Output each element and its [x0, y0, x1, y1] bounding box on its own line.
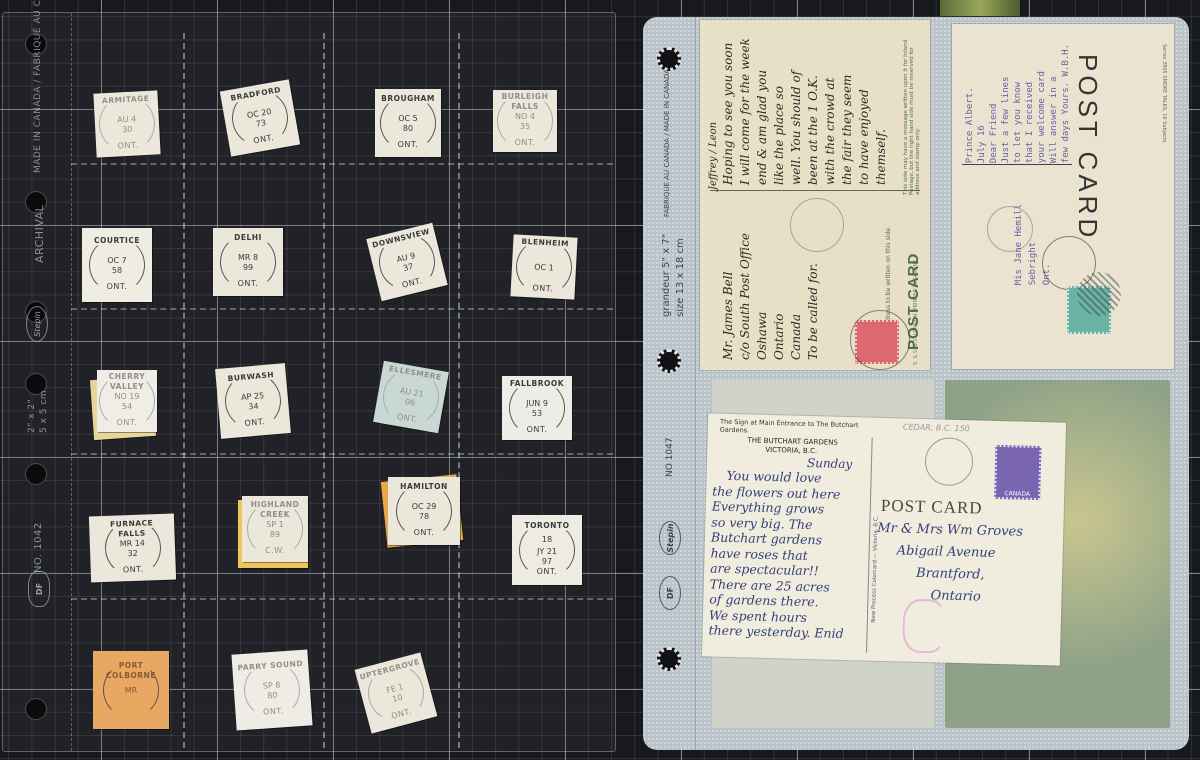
- pencil-note: CEDAR, B.C. 150: [903, 422, 970, 433]
- inland-postage-notice: This side may have a message written upo…: [903, 35, 921, 195]
- postmark-cutout[interactable]: ARMITAGEAU 430ONT.: [93, 90, 160, 157]
- pink-mark: [902, 599, 947, 654]
- size-metric-marking: 5 x 5 cm: [39, 390, 49, 433]
- postmark-cutout[interactable]: DELHIMR 899ONT.: [213, 228, 283, 296]
- stepin-logo: Stepin: [659, 521, 681, 555]
- pocket-seam: [71, 163, 613, 165]
- postmark-cutout[interactable]: BURWASHAP 2534ONT.: [215, 363, 291, 439]
- partial-photo-edge: [940, 0, 1020, 16]
- series-line: Series 3905 SMOKE TALKS, 16 Subjects: [1161, 44, 1167, 142]
- postmark-cutout[interactable]: PARRY SOUNDSP 880ONT.: [231, 649, 312, 730]
- postcard-glasgow-oshawa[interactable]: S. & S. B.S. LONDON. PRINTED IN SAXONY T…: [700, 20, 930, 370]
- grandeur-marking: grandeur 5" x 7": [661, 234, 672, 317]
- message-text: You would love the flowers out here Ever…: [708, 467, 847, 641]
- duplex-cancel: [1077, 272, 1121, 316]
- typed-message: Prince Albert. July 16 Dear Friend Just …: [964, 44, 1072, 163]
- df-logo: DF: [659, 576, 681, 610]
- binder-strip: FABRIQUÉ AU CANADA / MADE IN CANADA gran…: [643, 17, 696, 750]
- pocket-seam: [183, 33, 185, 748]
- postcard-butchart-gardens[interactable]: The Sign at Main Entrance to The Butchar…: [702, 413, 1066, 665]
- postmark-cutout[interactable]: HIGHLAND CREEKSP 189C.W.: [242, 496, 308, 562]
- postmark-cutout[interactable]: ELLESMEREAU 2106ONT.: [373, 361, 449, 434]
- postmark-cutout[interactable]: HAMILTONOC 2978ONT.: [388, 477, 460, 545]
- postmark-cutout[interactable]: BLENHEIMOC 1ONT.: [510, 234, 577, 299]
- postmark-cutout[interactable]: BROUGHAMOC 580ONT.: [375, 89, 441, 157]
- pocket-seam: [71, 598, 613, 600]
- place: VICTORIA, B.C.: [765, 446, 817, 455]
- binder-strip: MADE IN CANADA / FABRIQUÉ AU CANADA ARCH…: [3, 13, 72, 751]
- day-line: Sunday: [807, 456, 853, 471]
- binder-hole: [25, 698, 47, 720]
- queen-elizabeth-stamp: CANADA: [994, 445, 1041, 500]
- post-card-heading: POST CARD: [881, 496, 983, 519]
- pocket-seam: [71, 453, 613, 455]
- postmark-cedar: [924, 437, 973, 486]
- postmark-cutout[interactable]: FURNACE FALLSMR 1432ONT.: [89, 514, 176, 583]
- binder-hole: [657, 47, 681, 71]
- made-in-marking: FABRIQUÉ AU CANADA / MADE IN CANADA: [663, 69, 671, 217]
- address-text: Mr. James Bell c/o South Post Office Osh…: [720, 233, 822, 360]
- divider-line: [710, 190, 920, 191]
- postmark-cutout[interactable]: FALLBROOKJUN 953ONT.: [502, 376, 572, 440]
- postmark-cutout[interactable]: CHERRY VALLEYNO 1954ONT.: [97, 370, 157, 432]
- postmark-cutout[interactable]: BURLEIGH FALLSNO 435ONT.: [493, 90, 557, 152]
- size-imperial-marking: 2" x 2": [27, 399, 37, 433]
- address-text: Mr & Mrs Wm Groves Abigail Avenue Brantf…: [875, 518, 1023, 610]
- postcard-prince-albert-sebright[interactable]: Series 3905 SMOKE TALKS, 16 Subjects POS…: [952, 24, 1174, 369]
- postmark-glasgow: [850, 310, 910, 370]
- pocket-seam: [458, 33, 460, 748]
- pocket-seam: [71, 308, 613, 310]
- post-card-heading: POST CARD: [1072, 54, 1103, 241]
- postmark-sebright: [987, 206, 1033, 252]
- pocket-seam: [323, 33, 325, 748]
- df-logo: DF: [28, 571, 50, 607]
- divider-line: [962, 164, 1072, 165]
- stepin-logo: Stepin: [26, 306, 48, 342]
- binder-hole: [657, 647, 681, 671]
- signature: Jeffrey / Leon: [708, 122, 719, 190]
- size-marking: size 13 x 18 cm: [675, 238, 686, 317]
- title: THE BUTCHART GARDENS: [747, 436, 838, 446]
- binder-hole: [25, 463, 47, 485]
- postmark-cutout[interactable]: COURTICEOC 758ONT.: [82, 228, 152, 302]
- made-in-marking: MADE IN CANADA / FABRIQUÉ AU CANADA: [33, 0, 43, 173]
- postmark-cutout[interactable]: BRADFORDOC 2073ONT.: [220, 79, 300, 156]
- model-number-marking: NO. 1042: [33, 522, 44, 573]
- postmark-cutout[interactable]: TORONTO18JY 2197ONT.: [512, 515, 582, 585]
- model-number-marking: NO 1047: [665, 437, 675, 477]
- postmark-oshawa: [790, 198, 844, 252]
- postmark-cutout[interactable]: PORT COLBORNEMR: [93, 651, 169, 729]
- binder-hole: [657, 349, 681, 373]
- caption: The Sign at Main Entrance to The Butchar…: [720, 418, 865, 438]
- archival-marking: ARCHIVAL: [33, 205, 46, 263]
- message-text: Hoping to see you soon I will come for t…: [720, 38, 890, 185]
